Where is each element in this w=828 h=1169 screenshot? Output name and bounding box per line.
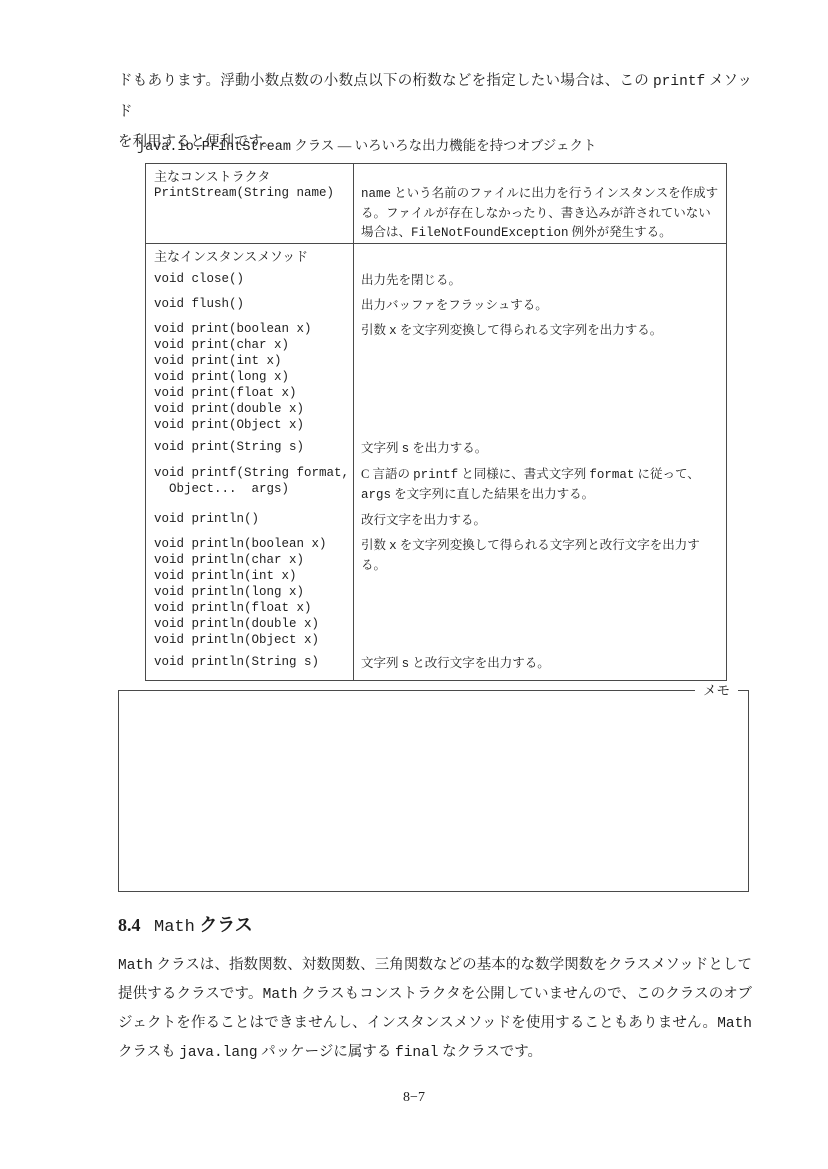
- method-signatures: void printf(String format, Object... arg…: [146, 459, 354, 505]
- code-text: x: [389, 324, 397, 338]
- text-segment: C 言語の: [361, 467, 413, 481]
- code-text: printf: [413, 468, 458, 482]
- method-row-println-group: void println(boolean x)void println(char…: [146, 530, 726, 648]
- method-description: 文字列 s を出力する。: [354, 433, 726, 459]
- method-signature-line: void print(String s): [154, 439, 353, 455]
- method-description: 出力先を閉じる。: [354, 265, 726, 290]
- method-signature-line: void println(float x): [154, 600, 353, 616]
- code-text: Math: [717, 1016, 752, 1032]
- table-caption: java.io.PrintStream クラス — いろいろな出力機能を持つオブ…: [137, 136, 596, 158]
- text-segment: 出力先を閉じる。: [361, 273, 461, 287]
- code-text: format: [589, 468, 634, 482]
- code-text: final: [395, 1045, 439, 1061]
- method-signature-line: void print(long x): [154, 369, 353, 385]
- text-segment: 提供するクラスです。: [118, 986, 263, 1002]
- section-heading: 8.4 Math クラス: [118, 912, 253, 941]
- page-number: 8−7: [0, 1090, 828, 1106]
- text-segment: 改行文字を出力する。: [361, 513, 486, 527]
- math-paragraph: Math クラスは、指数関数、対数関数、三角関数などの基本的な数学関数をクラスメ…: [118, 951, 752, 1067]
- code-text: name: [361, 187, 391, 201]
- method-signature-line: void println(): [154, 511, 353, 527]
- method-signature-line: void printf(String format,: [154, 465, 353, 481]
- text-segment: を出力する。: [409, 441, 487, 455]
- constructor-description: name という名前のファイルに出力を行うインスタンスを作成する。ファイルが存在…: [354, 164, 726, 243]
- method-signature-line: void print(float x): [154, 385, 353, 401]
- text-segment: クラスは、指数関数、対数関数、三角関数などの基本的な数学関数をクラスメソッドとし…: [153, 957, 752, 973]
- text-segment: 引数: [361, 323, 389, 337]
- method-signature-line: void println(char x): [154, 552, 353, 568]
- method-signature-line: void println(double x): [154, 616, 353, 632]
- code-text: Math: [118, 958, 153, 974]
- constructor-row: 主なコンストラクタ PrintStream(String name) name …: [146, 164, 726, 243]
- method-signatures: void print(boolean x)void print(char x)v…: [146, 315, 354, 433]
- constructor-cell-left: 主なコンストラクタ PrintStream(String name): [146, 164, 354, 243]
- method-row-print-group: void print(boolean x)void print(char x)v…: [146, 315, 726, 433]
- code-text: printf: [653, 74, 705, 90]
- text-segment: と同様に、書式文字列: [458, 467, 589, 481]
- text-segment: 文字列: [361, 656, 402, 670]
- text-segment: クラス — いろいろな出力機能を持つオブジェクト: [291, 138, 597, 153]
- methods-section: 主なインスタンスメソッド void close() 出力先を閉じる。 void …: [146, 243, 726, 680]
- text-segment: に従って、: [634, 467, 699, 481]
- paragraph-line: 提供するクラスです。Math クラスもコンストラクタを公開していませんので、この…: [118, 980, 752, 1009]
- method-signature-line: void println(boolean x): [154, 536, 353, 552]
- text-segment: 出力バッファをフラッシュする。: [361, 298, 548, 312]
- method-signature-line: PrintStream(String name): [154, 185, 353, 201]
- text-segment: と改行文字を出力する。: [409, 656, 550, 670]
- text-segment: 引数: [361, 538, 389, 552]
- memo-box: メモ: [118, 690, 749, 892]
- text-segment: クラスもコンストラクタを公開していませんので、このクラスのオブ: [297, 986, 752, 1002]
- method-signatures: void close(): [146, 265, 354, 290]
- method-signature-line: Object... args): [154, 481, 353, 497]
- method-signature-line: void close(): [154, 271, 353, 287]
- paragraph-line: クラスも java.lang パッケージに属する final なクラスです。: [118, 1038, 752, 1067]
- method-signature-line: void print(char x): [154, 337, 353, 353]
- method-signature-line: void print(double x): [154, 401, 353, 417]
- text-segment: ジェクトを作ることはできませんし、インスタンスメソッドを使用することもありません…: [118, 1015, 717, 1031]
- code-text: Math: [263, 987, 298, 1003]
- method-row-println: void println() 改行文字を出力する。: [146, 505, 726, 530]
- constructor-section: 主なコンストラクタ PrintStream(String name) name …: [146, 164, 726, 243]
- code-text: FileNotFoundException: [411, 226, 569, 240]
- method-description: 改行文字を出力する。: [354, 505, 726, 530]
- method-signature-line: void println(int x): [154, 568, 353, 584]
- text-segment: 8.4: [118, 915, 141, 935]
- paragraph-line: ジェクトを作ることはできませんし、インスタンスメソッドを使用することもありません…: [118, 1009, 752, 1038]
- method-row-close: void close() 出力先を閉じる。: [146, 265, 726, 290]
- method-row-print-string: void print(String s) 文字列 s を出力する。: [146, 433, 726, 459]
- method-row-printf: void printf(String format, Object... arg…: [146, 459, 726, 505]
- method-signatures: void println(String s): [146, 648, 354, 680]
- method-description: 出力バッファをフラッシュする。: [354, 290, 726, 315]
- methods-section-header: 主なインスタンスメソッド: [154, 248, 353, 265]
- method-signature-line: void flush(): [154, 296, 353, 312]
- memo-label: メモ: [695, 681, 738, 701]
- method-row-flush: void flush() 出力バッファをフラッシュする。: [146, 290, 726, 315]
- method-description: C 言語の printf と同様に、書式文字列 format に従って、args…: [354, 459, 726, 505]
- method-signature-line: void print(int x): [154, 353, 353, 369]
- method-signature-line: void println(String s): [154, 654, 353, 670]
- code-text: java.lang: [179, 1045, 257, 1061]
- method-signatures: void print(String s): [146, 433, 354, 459]
- text-segment: 文字列: [361, 441, 402, 455]
- text-segment: を文字列変換して得られる文字列と改行文字を出力する。: [361, 538, 700, 572]
- code-text: Math: [154, 918, 195, 937]
- method-description: 引数 x を文字列変換して得られる文字列を出力する。: [354, 315, 726, 433]
- text-segment: を文字列変換して得られる文字列を出力する。: [397, 323, 663, 337]
- document-page: ドもあります。浮動小数点数の小数点以下の桁数などを指定したい場合は、この pri…: [0, 0, 828, 1169]
- method-signature-line: void print(Object x): [154, 417, 353, 433]
- method-signatures: void println(boolean x)void println(char…: [146, 530, 354, 648]
- paragraph-line: Math クラスは、指数関数、対数関数、三角関数などの基本的な数学関数をクラスメ…: [118, 951, 752, 980]
- method-signature-line: void print(boolean x): [154, 321, 353, 337]
- text-segment: を文字列に直した結果を出力する。: [391, 487, 594, 501]
- method-description: 文字列 s と改行文字を出力する。: [354, 648, 726, 680]
- method-signatures: void flush(): [146, 290, 354, 315]
- methods-section-header-cell: 主なインスタンスメソッド: [146, 244, 354, 265]
- code-text: args: [361, 488, 391, 502]
- method-signature-line: void println(Object x): [154, 632, 353, 648]
- text-segment: ドもあります。浮動小数点数の小数点以下の桁数などを指定したい場合は、この: [118, 73, 653, 89]
- text-segment: クラス: [195, 915, 253, 935]
- method-signatures: void println(): [146, 505, 354, 530]
- text-segment: パッケージに属する: [258, 1044, 395, 1060]
- methods-header-row: 主なインスタンスメソッド: [146, 244, 726, 265]
- paragraph-line: ドもあります。浮動小数点数の小数点以下の桁数などを指定したい場合は、この pri…: [118, 66, 752, 127]
- text-segment: なクラスです。: [439, 1044, 543, 1060]
- method-row-println-string: void println(String s) 文字列 s と改行文字を出力する。: [146, 648, 726, 680]
- code-text: java.io.PrintStream: [137, 140, 291, 155]
- method-description: 引数 x を文字列変換して得られる文字列と改行文字を出力する。: [354, 530, 726, 648]
- constructor-signatures: PrintStream(String name): [154, 185, 353, 201]
- printstream-class-table: 主なコンストラクタ PrintStream(String name) name …: [145, 163, 727, 681]
- text-segment: クラスも: [118, 1044, 179, 1060]
- text-segment: 例外が発生する。: [569, 225, 672, 239]
- empty-cell: [354, 244, 726, 265]
- text-segment: [141, 915, 155, 935]
- constructor-section-header: 主なコンストラクタ: [154, 168, 353, 185]
- code-text: x: [389, 539, 397, 553]
- method-signature-line: void println(long x): [154, 584, 353, 600]
